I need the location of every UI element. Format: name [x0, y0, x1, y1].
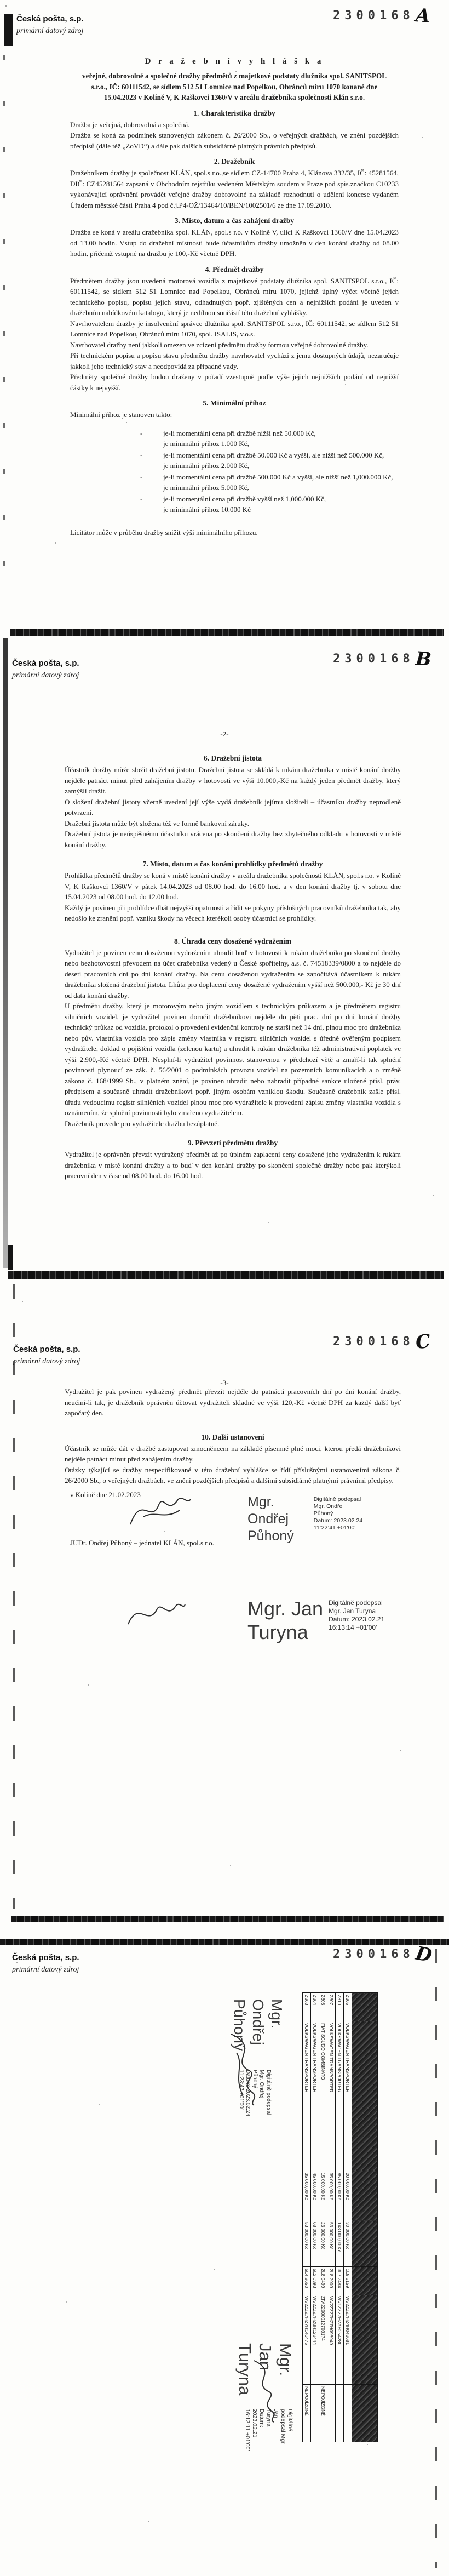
scanned-auction-notice-document: Česká pošta, s.p. primární datový zdroj … — [0, 0, 449, 2576]
digital-signature-details: Digitálně podepsal Mgr. Ondřej Půhoný Da… — [314, 1496, 362, 1532]
digital-signature-details: Digitálně podepsal Mgr. Jan Turyna Datum… — [329, 1599, 384, 1632]
paragraph: Předmětem dražby jsou uvedená motorová v… — [70, 276, 399, 318]
postal-company-label: Česká pošta, s.p. — [16, 14, 84, 24]
stamp-letter: C — [415, 1334, 431, 1350]
scan-noise — [5, 5, 7, 7]
table-header-cell-illegible — [352, 2021, 378, 2171]
paragraph: Účastník se může dát v dražbě zastupovat… — [65, 1443, 401, 1465]
table-header-cell-illegible — [352, 2385, 378, 2442]
price-low: 35 000,00 Kč — [303, 2171, 311, 2220]
digital-signer-name: Mgr. Ondřej Půhoný — [247, 1494, 294, 1545]
vin-number: WV2ZZZ7HZ8H128444 — [311, 2294, 319, 2385]
price-estimate: 30 000,00 Kč — [344, 2220, 352, 2267]
paragraph: Dražba se koná za podmínek stanovených z… — [70, 130, 399, 151]
document-intro: veřejné, dobrovolné a společné dražby př… — [76, 71, 393, 103]
page-break-scan-band — [0, 1939, 449, 1945]
section-2-heading: 2. Dražebník — [70, 157, 399, 166]
lot-code: Z308 — [319, 1993, 327, 2021]
postal-company-label: Česká pošta, s.p. — [13, 1345, 80, 1354]
section-6-heading: 6. Dražební jistota — [65, 754, 401, 763]
minimum-bid-list: - je-li momentální cena při dražbě nižší… — [140, 428, 399, 515]
postal-subtitle-label: primární datový zdroj — [12, 1966, 79, 1974]
list-item: - je-li momentální cena při dražbě vyšší… — [140, 494, 399, 515]
list-item-line: je-li momentální cena při dražbě 500.000… — [163, 472, 393, 483]
list-item-line: je minimální příhoz 10.000 Kč — [163, 504, 326, 515]
price-low: 15 000,00 Kč — [319, 2171, 327, 2220]
list-item-line: je-li momentální cena při dražbě vyšší n… — [163, 494, 326, 505]
postal-subtitle-label: primární datový zdroj — [13, 1357, 80, 1366]
stamp-letter: D — [415, 1946, 433, 1963]
stamp-letter: A — [415, 8, 430, 24]
paragraph: Minimální příhoz je stanoven takto: — [70, 409, 399, 420]
rotated-landscape-content: Z305 VOLKSWAGEN TRANSPORTER 20 000,00 Kč… — [208, 1989, 378, 2455]
postal-header: Česká pošta, s.p. primární datový zdroj — [13, 1345, 80, 1366]
page-number: -2- — [0, 730, 449, 739]
stamp-number: 2300168 — [333, 1947, 415, 1961]
lot-code: Z307 — [327, 1993, 336, 2021]
list-item-line: je minimální příhoz 5.000 Kč, — [163, 482, 393, 493]
table-row: Z364 VOLKSWAGEN TRANSPORTER 45 000,00 Kč… — [311, 1993, 319, 2442]
paragraph: Vydražitel je povinen cenu dosaženou vyd… — [65, 947, 401, 1001]
paragraph: Dražba se koná v areálu dražebníka spol.… — [70, 227, 399, 259]
postal-subtitle-label: primární datový zdroj — [16, 27, 84, 36]
lot-code: Z363 — [303, 1993, 311, 2021]
list-dash: - — [140, 450, 163, 471]
vin-number: WV2ZZZ7HZ7H146475 — [303, 2294, 311, 2385]
paragraph: Při technickém popisu a popisu stavu pře… — [70, 350, 399, 372]
digital-signature-details: Digitálně podepsal Mgr. Ondřej Půhoný Da… — [238, 2070, 272, 2116]
digital-signature-block: Mgr. Ondřej Půhoný Digitálně podepsal Mg… — [230, 1999, 286, 2116]
price-estimate: 68 000,00 Kč — [311, 2220, 319, 2267]
scan-artifact — [4, 14, 13, 46]
paragraph: Vydražitel je pak povinen vydražený před… — [65, 1386, 401, 1419]
price-low: 35 000,00 Kč — [327, 2171, 336, 2220]
table-header-cell-illegible — [352, 2171, 378, 2220]
page-2-body: 6. Dražební jistota Účastník dražby může… — [65, 748, 401, 1181]
plate-number: 1L9 5159 — [344, 2267, 352, 2294]
vehicle-name: FIAT SCUDO COMBINATO — [319, 2021, 327, 2171]
handwritten-signature-icon — [126, 1596, 186, 1632]
digital-signer-name: Mgr. Ondřej Půhoný — [230, 1999, 286, 2051]
place-and-date: v Kolíně dne 21.02.2023 — [70, 1490, 141, 1499]
stamp-number: 2300168 — [333, 1335, 415, 1349]
digital-signature-block: Mgr. Ondřej Půhoný Digitálně podepsal Mg… — [247, 1494, 362, 1545]
vehicle-name: VOLKSWAGEN TRANSPORTER — [311, 2021, 319, 2171]
section-1-heading: 1. Charakteristika dražby — [70, 109, 399, 118]
postal-header: Česká pošta, s.p. primární datový zdroj — [12, 659, 79, 680]
postal-header: Česká pošta, s.p. primární datový zdroj — [16, 14, 84, 36]
vehicle-name: VOLKSWAGEN TRANSPORTER — [344, 2021, 352, 2171]
paragraph: Dražební jistota může být složena též ve… — [65, 818, 401, 829]
page-2: Česká pošta, s.p. primární datový zdroj … — [0, 636, 449, 1270]
digital-signer-name: Mgr. Jan Turyna — [247, 1597, 323, 1644]
section-5-heading: 5. Minimální příhoz — [70, 399, 399, 408]
page-break-scan-band — [11, 1916, 444, 1922]
table-header-row — [352, 1993, 378, 2442]
table-row: Z307 VOLKSWAGEN TRANSPORTER 35 000,00 Kč… — [327, 1993, 336, 2442]
table-row: Z363 VOLKSWAGEN TRANSPORTER 35 000,00 Kč… — [303, 1993, 311, 2442]
postal-company-label: Česká pošta, s.p. — [12, 1953, 79, 1962]
vehicle-note — [327, 2385, 336, 2442]
plate-number: 2L8 2909 — [327, 2267, 336, 2294]
scan-artifact — [8, 1245, 13, 1270]
reference-stamp: 2300168 D — [333, 1947, 431, 1962]
price-low: 45 000,00 Kč — [311, 2171, 319, 2220]
vehicle-note: NEPOJÍZDNÉ — [303, 2385, 311, 2442]
section-10-heading: 10. Další ustanovení — [65, 1433, 401, 1442]
reference-stamp: 2300168 A — [333, 9, 430, 23]
price-estimate: 143 000,00 Kč — [336, 2220, 344, 2267]
list-item: - je-li momentální cena při dražbě 500.0… — [140, 472, 399, 493]
plate-number: 5L2 0393 — [311, 2267, 319, 2294]
digital-signer-name: Mgr. Jan Turyna — [235, 2343, 296, 2404]
table-header-cell-illegible — [352, 2220, 378, 2267]
plate-number: 5L4 2650 — [303, 2267, 311, 2294]
paragraph: Dražební jistota je neúspěšnému účastník… — [65, 829, 401, 850]
document-title: D r a ž e b n í v y h l á š k a — [70, 57, 399, 66]
paragraph: Vydražitel je oprávněn převzít vydražený… — [65, 1149, 401, 1181]
table-row: Z308 FIAT SCUDO COMBINATO 15 000,00 Kč 2… — [319, 1993, 327, 2442]
digital-signature-block: Mgr. Jan Turyna Digitálně podepsal Mgr. … — [247, 1597, 384, 1644]
table-row: Z310 VOLKSWAGEN TRANSPORTER 85 000,00 Kč… — [336, 1993, 344, 2442]
vehicle-auction-table: Z305 VOLKSWAGEN TRANSPORTER 20 000,00 Kč… — [302, 1992, 378, 2442]
section-8-heading: 8. Úhrada ceny dosažené vydražením — [65, 937, 401, 946]
stamp-number: 2300168 — [333, 652, 415, 666]
list-item: - je-li momentální cena při dražbě nižší… — [140, 428, 399, 449]
postal-subtitle-label: primární datový zdroj — [12, 671, 79, 680]
price-estimate: 53 000,00 Kč — [303, 2220, 311, 2267]
paragraph: Dražebník provede pro vydražitele dražbu… — [65, 1118, 401, 1129]
vehicle-name: VOLKSWAGEN TRANSPORTER — [327, 2021, 336, 2171]
list-item-line: je minimální příhoz 2.000 Kč, — [163, 460, 384, 471]
page-1-body: D r a ž e b n í v y h l á š k a veřejné,… — [70, 57, 399, 538]
list-dash: - — [140, 494, 163, 515]
reference-stamp: 2300168 B — [333, 652, 431, 666]
vin-number: WV2ZZZ7HZ7H096949 — [327, 2294, 336, 2385]
price-low: 20 000,00 Kč — [344, 2171, 352, 2220]
page-1: Česká pošta, s.p. primární datový zdroj … — [0, 0, 449, 629]
list-item-line: je-li momentální cena při dražbě 50.000 … — [163, 450, 384, 461]
postal-company-label: Česká pošta, s.p. — [12, 659, 79, 668]
paragraph: Prohlídka předmětů dražby se koná v míst… — [65, 870, 401, 903]
page-3: Česká pošta, s.p. primární datový zdroj … — [0, 1279, 449, 1916]
paragraph: O složení dražební jistoty včetně uveden… — [65, 797, 401, 818]
vin-number: ZFA22000012709174 — [319, 2294, 327, 2385]
page-break-scan-band — [8, 1271, 444, 1279]
lot-code: Z364 — [311, 1993, 319, 2021]
paragraph: Účastník dražby může složit dražební jis… — [65, 764, 401, 797]
vehicle-name: VOLKSWAGEN TRANSPORTER — [303, 2021, 311, 2171]
list-item-line: je minimální příhoz 1.000 Kč, — [163, 438, 316, 449]
lot-code: Z310 — [336, 1993, 344, 2021]
price-estimate: 23 000,00 Kč — [319, 2220, 327, 2267]
list-item: - je-li momentální cena při dražbě 50.00… — [140, 450, 399, 471]
section-7-heading: 7. Místo, datum a čas konání prohlídky p… — [65, 860, 401, 869]
vehicle-name: VOLKSWAGEN TRANSPORTER — [336, 2021, 344, 2171]
lot-code: Z305 — [344, 1993, 352, 2021]
stamp-number: 2300168 — [333, 9, 415, 22]
vehicle-note — [336, 2385, 344, 2442]
table-header-cell-illegible — [352, 2294, 378, 2385]
plate-number: 2L8 9499 — [319, 2267, 327, 2294]
digital-signature-block: Mgr. Jan Turyna Digitálně podepsal Mgr. … — [235, 2343, 296, 2455]
scan-noise — [22, 1301, 23, 1302]
page-break-scan-band — [10, 629, 444, 636]
paragraph: Předměty společné dražby budou draženy v… — [70, 372, 399, 393]
signer-name-line: JUDr. Ondřej Půhoný – jednatel KLÁN, spo… — [70, 1539, 214, 1547]
list-dash: - — [140, 428, 163, 449]
vehicle-note — [311, 2385, 319, 2442]
paragraph: Navrhovatelem dražby je insolvenční sprá… — [70, 318, 399, 340]
paragraph: Dražebníkem dražby je společnost KLÁN, s… — [70, 168, 399, 210]
vin-number: WV2ZZZ7HZ4H048681 — [344, 2294, 352, 2385]
page-3-body: Vydražitel je pak povinen vydražený před… — [65, 1386, 401, 1486]
scan-artifact — [13, 1284, 15, 1909]
paragraph: Licitátor může v průběhu dražby snížit v… — [70, 527, 399, 538]
vehicle-note — [344, 2385, 352, 2442]
table-row: Z305 VOLKSWAGEN TRANSPORTER 20 000,00 Kč… — [344, 1993, 352, 2442]
paragraph: Dražba je veřejná, dobrovolná a společná… — [70, 119, 399, 130]
paragraph: Navrhovatel dražby není jakkoli omezen v… — [70, 340, 399, 351]
section-3-heading: 3. Místo, datum a čas zahájení dražby — [70, 216, 399, 225]
vehicle-note: NEPOJÍZDNÉ — [319, 2385, 327, 2442]
scan-artifact — [435, 1949, 437, 2568]
paragraph: U předmětu dražby, který je motorovým ne… — [65, 1001, 401, 1118]
paragraph: Každý je povinen při prohlídce dbát nejv… — [65, 903, 401, 924]
list-dash: - — [140, 472, 163, 493]
plate-number: 3L7 2484 — [336, 2267, 344, 2294]
paragraph: Otázky týkající se dražby nespecifikovan… — [65, 1465, 401, 1486]
price-low: 85 000,00 Kč — [336, 2171, 344, 2220]
scan-artifact — [3, 55, 5, 603]
section-9-heading: 9. Převzetí předmětu dražby — [65, 1139, 401, 1147]
price-estimate: 53 000,00 Kč — [327, 2220, 336, 2267]
digital-signature-details: Digitálně podepsal Mgr. Jan Turyna Datum… — [244, 2409, 293, 2455]
table-header-cell-illegible — [352, 2267, 378, 2294]
postal-header: Česká pošta, s.p. primární datový zdroj — [12, 1953, 79, 1974]
table-header-cell-illegible — [352, 1993, 378, 2021]
stamp-letter: B — [415, 652, 431, 667]
section-4-heading: 4. Předmět dražby — [70, 265, 399, 274]
vin-number: WV1ZZZ7HZAH254280 — [336, 2294, 344, 2385]
reference-stamp: 2300168 C — [333, 1335, 430, 1349]
list-item-line: je-li momentální cena při dražbě nižší n… — [163, 428, 316, 439]
